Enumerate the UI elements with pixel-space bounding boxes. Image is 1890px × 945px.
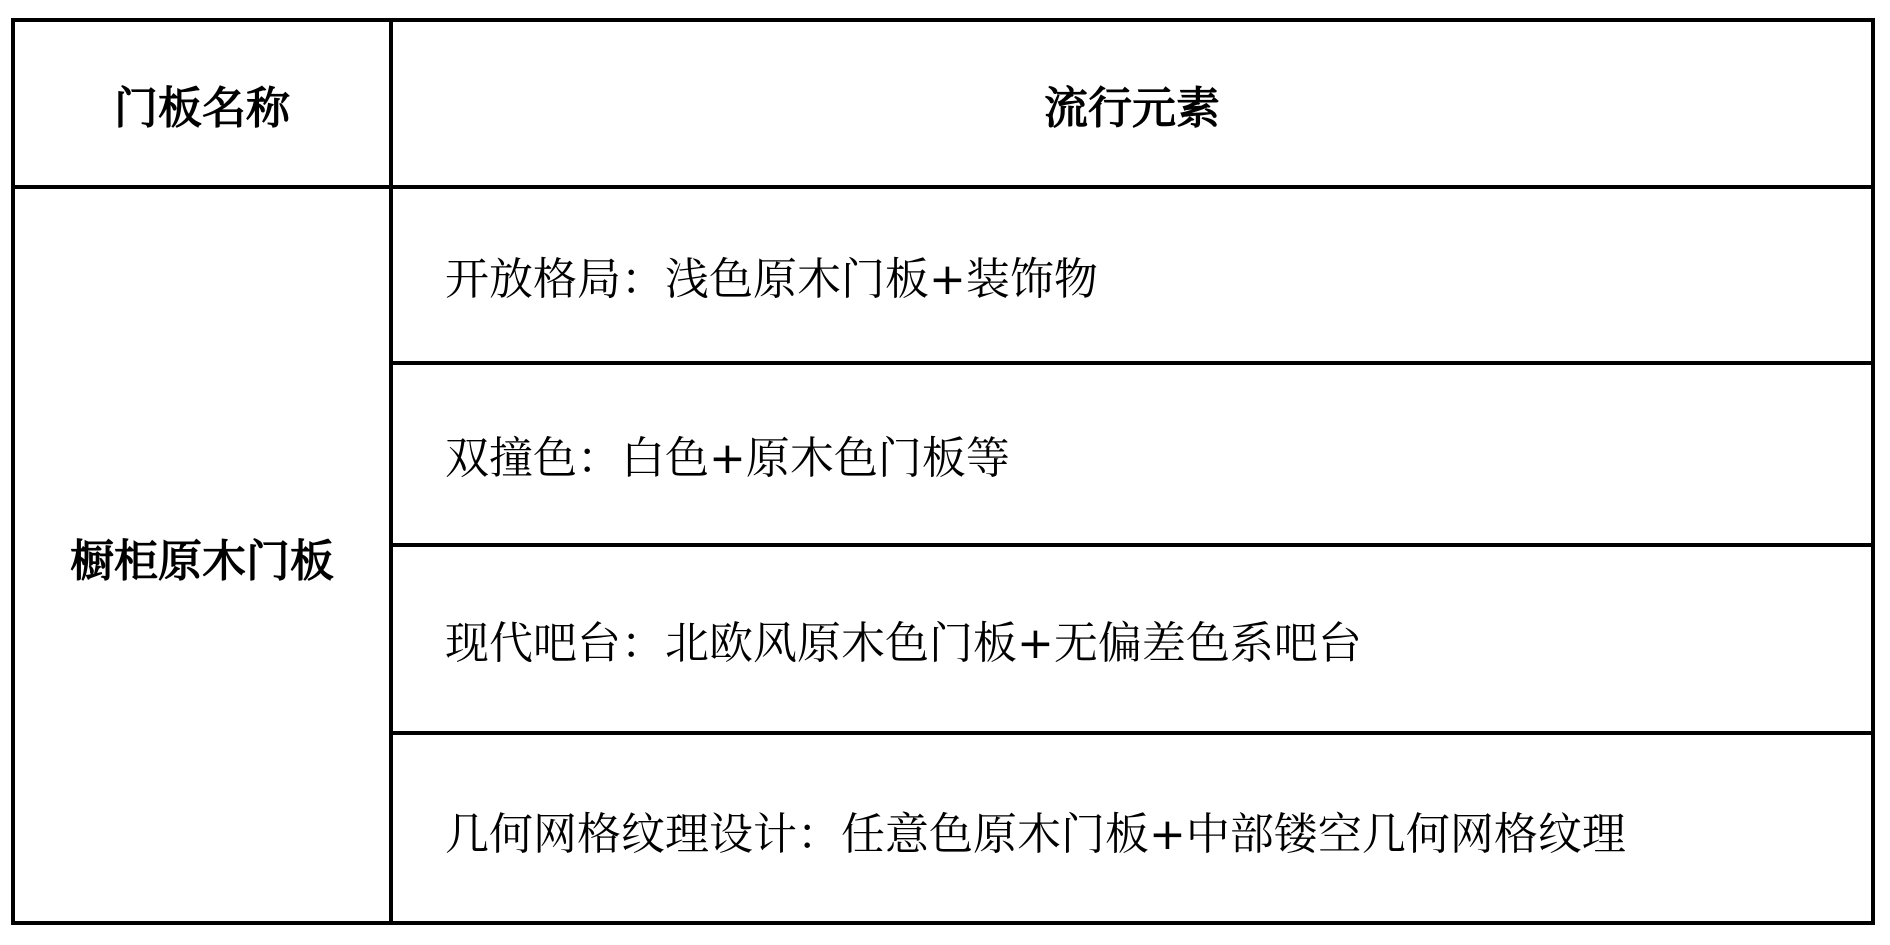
header-door-panel-name: 门板名称 bbox=[15, 22, 389, 185]
element-row-1: 开放格局：浅色原木门板+装饰物 bbox=[393, 189, 1871, 361]
element-row-2: 双撞色：白色+原木色门板等 bbox=[393, 365, 1871, 543]
header-popular-elements: 流行元素 bbox=[393, 22, 1871, 185]
door-panel-table: 门板名称 流行元素 橱柜原木门板 开放格局：浅色原木门板+装饰物 双撞色：白色+… bbox=[11, 18, 1875, 925]
element-row-3: 现代吧台：北欧风原木色门板+无偏差色系吧台 bbox=[393, 547, 1871, 731]
door-panel-name-cell: 橱柜原木门板 bbox=[15, 189, 389, 925]
element-row-4: 几何网格纹理设计：任意色原木门板+中部镂空几何网格纹理 bbox=[393, 735, 1871, 925]
